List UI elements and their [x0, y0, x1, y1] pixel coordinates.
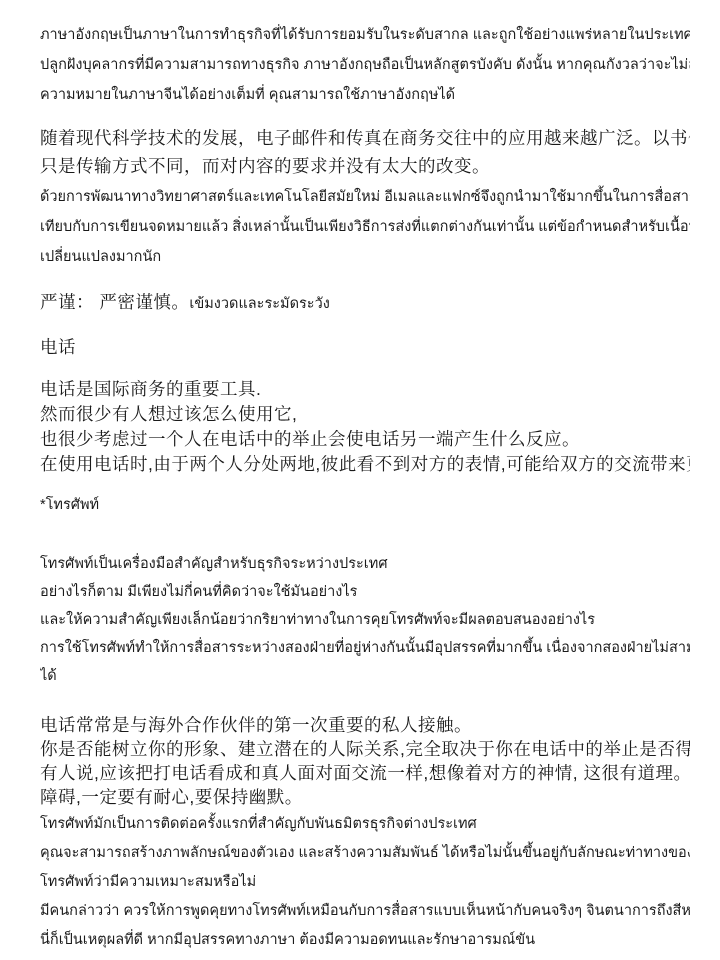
- text-segment-chinese: 严谨： 严密谨慎。: [40, 292, 189, 312]
- text-line: ได้: [40, 662, 690, 690]
- text-line: 有人说,应该把打电话看成和真人面对面交流一样,想像着对方的神情, 这很有道理。如…: [40, 761, 690, 785]
- text-line: ความหมายในภาษาจีนได้อย่างเต็มที่ คุณสามา…: [40, 80, 690, 110]
- para-thai-telephone-importance: โทรศัพท์เป็นเครื่องมือสำคัญสำหรับธุรกิจร…: [40, 550, 690, 690]
- text-segment-thai: เข้มงวดและระมัดระวัง: [189, 296, 329, 312]
- para-zh-telephone-importance: 电话是国际商务的重要工具. 然而很少有人想过该怎么使用它, 也很少考虑过一个人在…: [40, 377, 690, 477]
- text-line: 也很少考虑过一个人在电话中的举止会使电话另一端产生什么反应。: [40, 427, 690, 452]
- text-line: 然而很少有人想过该怎么使用它,: [40, 402, 690, 427]
- para-zh-yanjin-definition: 严谨： 严密谨慎。เข้มงวดและระมัดระวัง: [40, 288, 690, 318]
- document-page: ภาษาอังกฤษเป็นภาษาในการทำธุรกิจที่ได้รับ…: [0, 0, 720, 960]
- para-zh-email-fax: 随着现代科学技术的发展，电子邮件和传真在商务交往中的应用越来越广泛。以书信相比，…: [40, 124, 690, 180]
- para-zh-telephone-contact: 电话常常是与海外合作伙伴的第一次重要的私人接触。 你是否能树立你的形象、建立潜在…: [40, 713, 690, 809]
- text-line: ภาษาอังกฤษเป็นภาษาในการทำธุรกิจที่ได้รับ…: [40, 20, 690, 50]
- text-line: นี่ก็เป็นเหตุผลที่ดี หากมีอุปสรรคทางภาษา…: [40, 926, 690, 955]
- text-line: การใช้โทรศัพท์ทำให้การสื่อสารระหว่างสองฝ…: [40, 634, 690, 662]
- text-line: 只是传输方式不同，而对内容的要求并没有太大的改变。: [40, 152, 690, 180]
- text-line: 随着现代科学技术的发展，电子邮件和传真在商务交往中的应用越来越广泛。以书信相比，…: [40, 124, 690, 152]
- label-thai-telephone: *โทรศัพท์: [40, 491, 690, 519]
- text-line: คุณจะสามารถสร้างภาพลักษณ์ของตัวเอง และสร…: [40, 839, 690, 868]
- text-line: และให้ความสำคัญเพียงเล็กน้อยว่ากริยาท่าท…: [40, 606, 690, 634]
- para-thai-email-fax: ด้วยการพัฒนาทางวิทยาศาสตร์และเทคโนโลยีสม…: [40, 182, 690, 272]
- text-line: 在使用电话时,由于两个人分处两地,彼此看不到对方的表情,可能给双方的交流带来更大…: [40, 452, 690, 477]
- text-line: เปลี่ยนแปลงมากนัก: [40, 242, 690, 272]
- para-thai-telephone-contact: โทรศัพท์มักเป็นการติดต่อครั้งแรกที่สำคัญ…: [40, 810, 690, 955]
- text-line: อย่างไรก็ตาม มีเพียงไม่กี่คนที่คิดว่าจะใ…: [40, 578, 690, 606]
- text-line: ด้วยการพัฒนาทางวิทยาศาสตร์และเทคโนโลยีสม…: [40, 182, 690, 212]
- text-line: 电话常常是与海外合作伙伴的第一次重要的私人接触。: [40, 713, 690, 737]
- heading-zh-telephone: 电话: [40, 333, 690, 361]
- para-thai-english-intro: ภาษาอังกฤษเป็นภาษาในการทำธุรกิจที่ได้รับ…: [40, 20, 690, 110]
- text-line: *โทรศัพท์: [40, 491, 690, 519]
- text-line: 障碍,一定要有耐心,要保持幽默。: [40, 785, 690, 809]
- text-line: โทรศัพท์เป็นเครื่องมือสำคัญสำหรับธุรกิจร…: [40, 550, 690, 578]
- text-line: เทียบกับการเขียนจดหมายแล้ว สิ่งเหล่านั้น…: [40, 212, 690, 242]
- text-line: 电话是国际商务的重要工具.: [40, 377, 690, 402]
- text-line: มีคนกล่าวว่า ควรให้การพูดคุยทางโทรศัพท์เ…: [40, 897, 690, 926]
- text-line: 你是否能树立你的形象、建立潜在的人际关系,完全取决于你在电话中的举止是否得体。: [40, 737, 690, 761]
- text-line: 电话: [40, 333, 690, 361]
- text-line: โทรศัพท์ว่ามีความเหมาะสมหรือไม่: [40, 868, 690, 897]
- text-line: โทรศัพท์มักเป็นการติดต่อครั้งแรกที่สำคัญ…: [40, 810, 690, 839]
- text-line: ปลูกฝังบุคลากรที่มีความสามารถทางธุรกิจ ภ…: [40, 50, 690, 80]
